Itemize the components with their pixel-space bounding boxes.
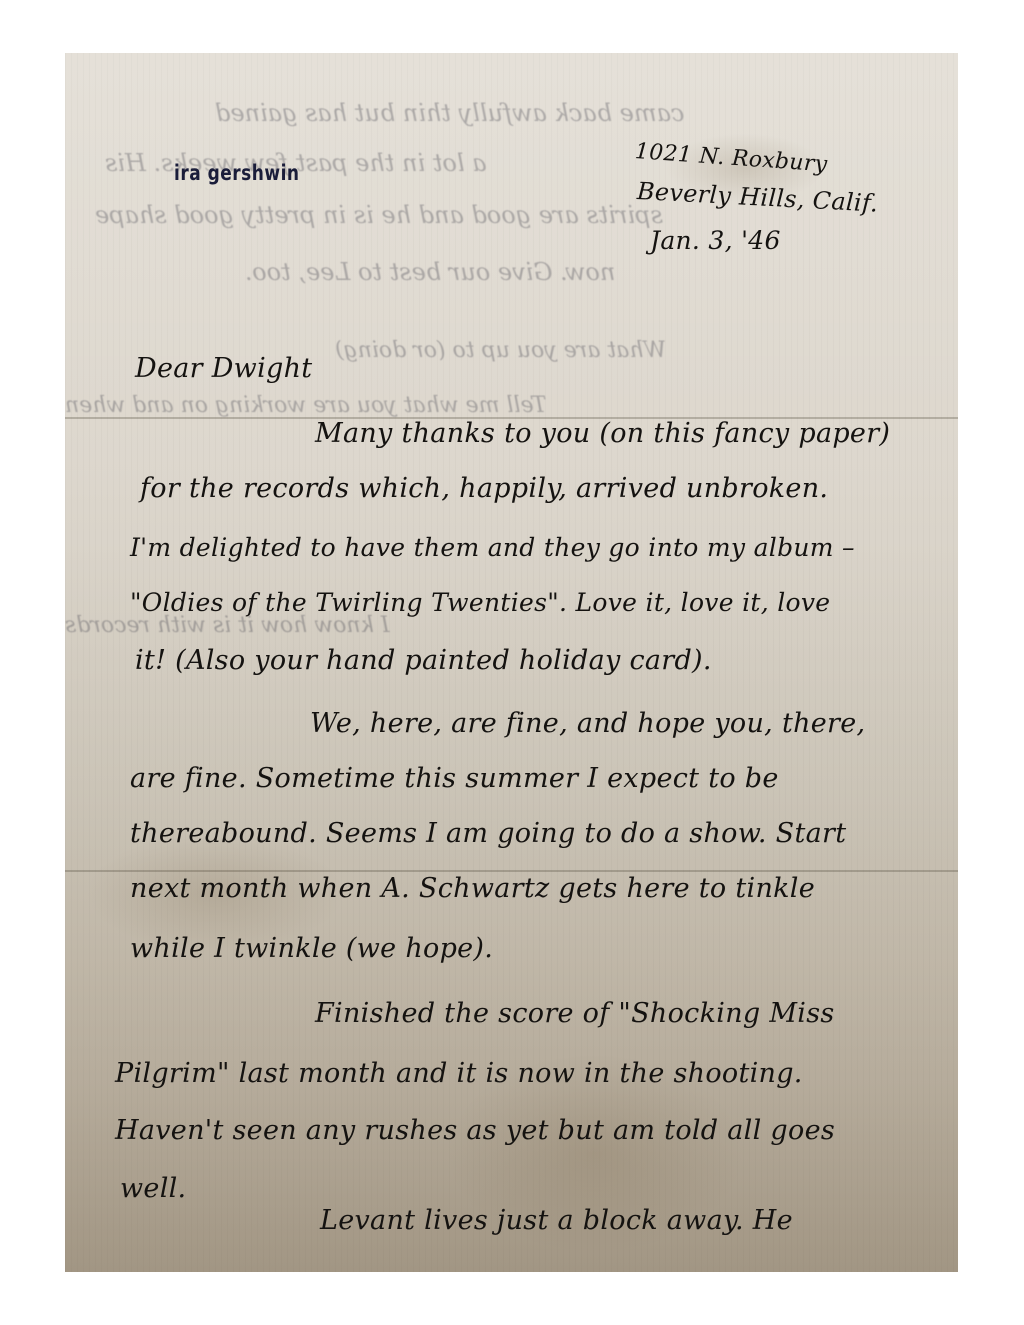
body-line: well.: [120, 1173, 186, 1204]
body-line: "Oldies of the Twirling Twenties". Love …: [130, 588, 830, 617]
letterhead-name: ira gershwin: [174, 161, 300, 186]
body-line: Haven't seen any rushes as yet but am to…: [115, 1115, 835, 1146]
bleed-through-text: came back awfully thin but has gained: [215, 99, 684, 127]
body-line: next month when A. Schwartz gets here to…: [130, 873, 815, 904]
body-line: while I twinkle (we hope).: [130, 933, 493, 964]
body-line: Finished the score of "Shocking Miss: [315, 998, 835, 1029]
body-line: thereabound. Seems I am going to do a sh…: [130, 818, 846, 849]
letter-page: came back awfully thin but has gained a …: [65, 53, 958, 1272]
bleed-through-text: Tell me what you are working on and when: [65, 393, 547, 418]
bleed-through-text: now. Give our best to Lee, too.: [245, 258, 615, 286]
body-line: Many thanks to you (on this fancy paper): [315, 418, 890, 449]
body-line: We, here, are fine, and hope you, there,: [310, 708, 865, 739]
body-line: I'm delighted to have them and they go i…: [130, 533, 855, 562]
body-line: Pilgrim" last month and it is now in the…: [115, 1058, 803, 1089]
body-line: it! (Also your hand painted holiday card…: [135, 645, 712, 676]
address-city: Beverly Hills, Calif.: [636, 177, 879, 218]
bleed-through-text: spirits are good and he is in pretty goo…: [95, 201, 663, 229]
letter-date: Jan. 3, '46: [650, 226, 781, 255]
body-line: Levant lives just a block away. He: [320, 1205, 793, 1236]
bleed-through-text: What are you up to (or doing): [335, 338, 666, 363]
salutation: Dear Dwight: [135, 353, 312, 384]
body-line: are fine. Sometime this summer I expect …: [130, 763, 779, 794]
body-line: for the records which, happily, arrived …: [140, 473, 828, 504]
